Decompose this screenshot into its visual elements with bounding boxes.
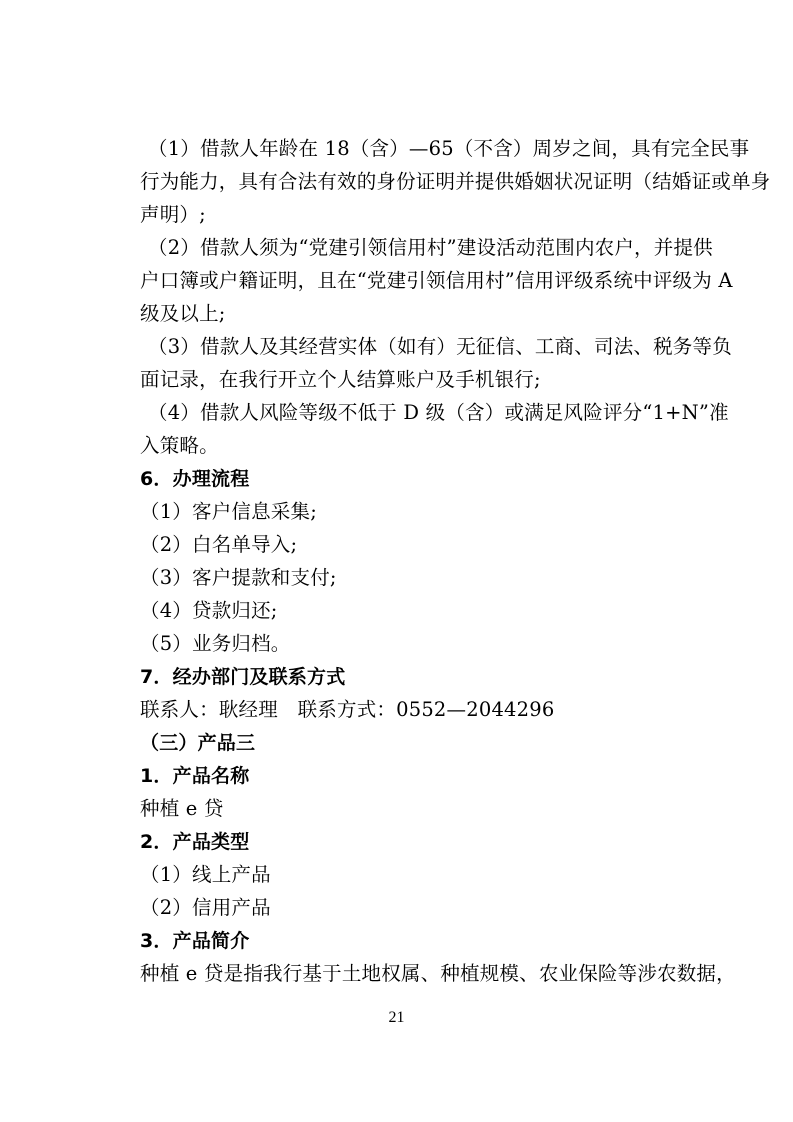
eligibility-3-line-2: 面记录，在我行开立个人结算账户及手机银行; bbox=[140, 368, 705, 392]
product-name: 种植 e 贷 bbox=[140, 797, 705, 821]
eligibility-2-line-2: 户口簿或户籍证明，且在“党建引领信用村”信用评级系统中评级为 A bbox=[140, 269, 705, 293]
eligibility-2-line-3: 级及以上; bbox=[140, 302, 705, 326]
eligibility-3-line-1: （3）借款人及其经营实体（如有）无征信、工商、司法、税务等负 bbox=[148, 335, 713, 359]
product-three-heading: （三）产品三 bbox=[140, 731, 705, 755]
product-type-1: （1）线上产品 bbox=[140, 863, 705, 887]
eligibility-1-line-1: （1）借款人年龄在 18（含）—65（不含）周岁之间，具有完全民事 bbox=[148, 137, 713, 161]
contact-info: 联系人：耿经理 联系方式：0552—2044296 bbox=[140, 698, 705, 722]
eligibility-4-line-2: 入策略。 bbox=[140, 434, 705, 458]
eligibility-4-line-1: （4）借款人风险等级不低于 D 级（含）或满足风险评分“1+N”准 bbox=[148, 401, 713, 425]
page-number: 21 bbox=[0, 1009, 793, 1027]
process-step-1: （1）客户信息采集; bbox=[140, 500, 705, 524]
process-step-4: （4）贷款归还; bbox=[140, 599, 705, 623]
product-intro-line-1: 种植 e 贷是指我行基于土地权属、种植规模、农业保险等涉农数据， bbox=[140, 962, 705, 986]
eligibility-1-line-3: 声明）; bbox=[140, 203, 705, 227]
section-heading-product-intro: 3．产品简介 bbox=[140, 929, 705, 953]
section-heading-process: 6．办理流程 bbox=[140, 467, 705, 491]
eligibility-1-line-2: 行为能力，具有合法有效的身份证明并提供婚姻状况证明（结婚证或单身 bbox=[140, 170, 705, 194]
document-page: （1）借款人年龄在 18（含）—65（不含）周岁之间，具有完全民事 行为能力，具… bbox=[0, 0, 793, 1122]
process-step-2: （2）白名单导入; bbox=[140, 533, 705, 557]
eligibility-2-line-1: （2）借款人须为“党建引领信用村”建设活动范围内农户，并提供 bbox=[148, 236, 713, 260]
section-heading-product-type: 2．产品类型 bbox=[140, 830, 705, 854]
section-heading-contact: 7．经办部门及联系方式 bbox=[140, 665, 705, 689]
process-step-3: （3）客户提款和支付; bbox=[140, 566, 705, 590]
section-heading-product-name: 1．产品名称 bbox=[140, 764, 705, 788]
process-step-5: （5）业务归档。 bbox=[140, 632, 705, 656]
product-type-2: （2）信用产品 bbox=[140, 896, 705, 920]
